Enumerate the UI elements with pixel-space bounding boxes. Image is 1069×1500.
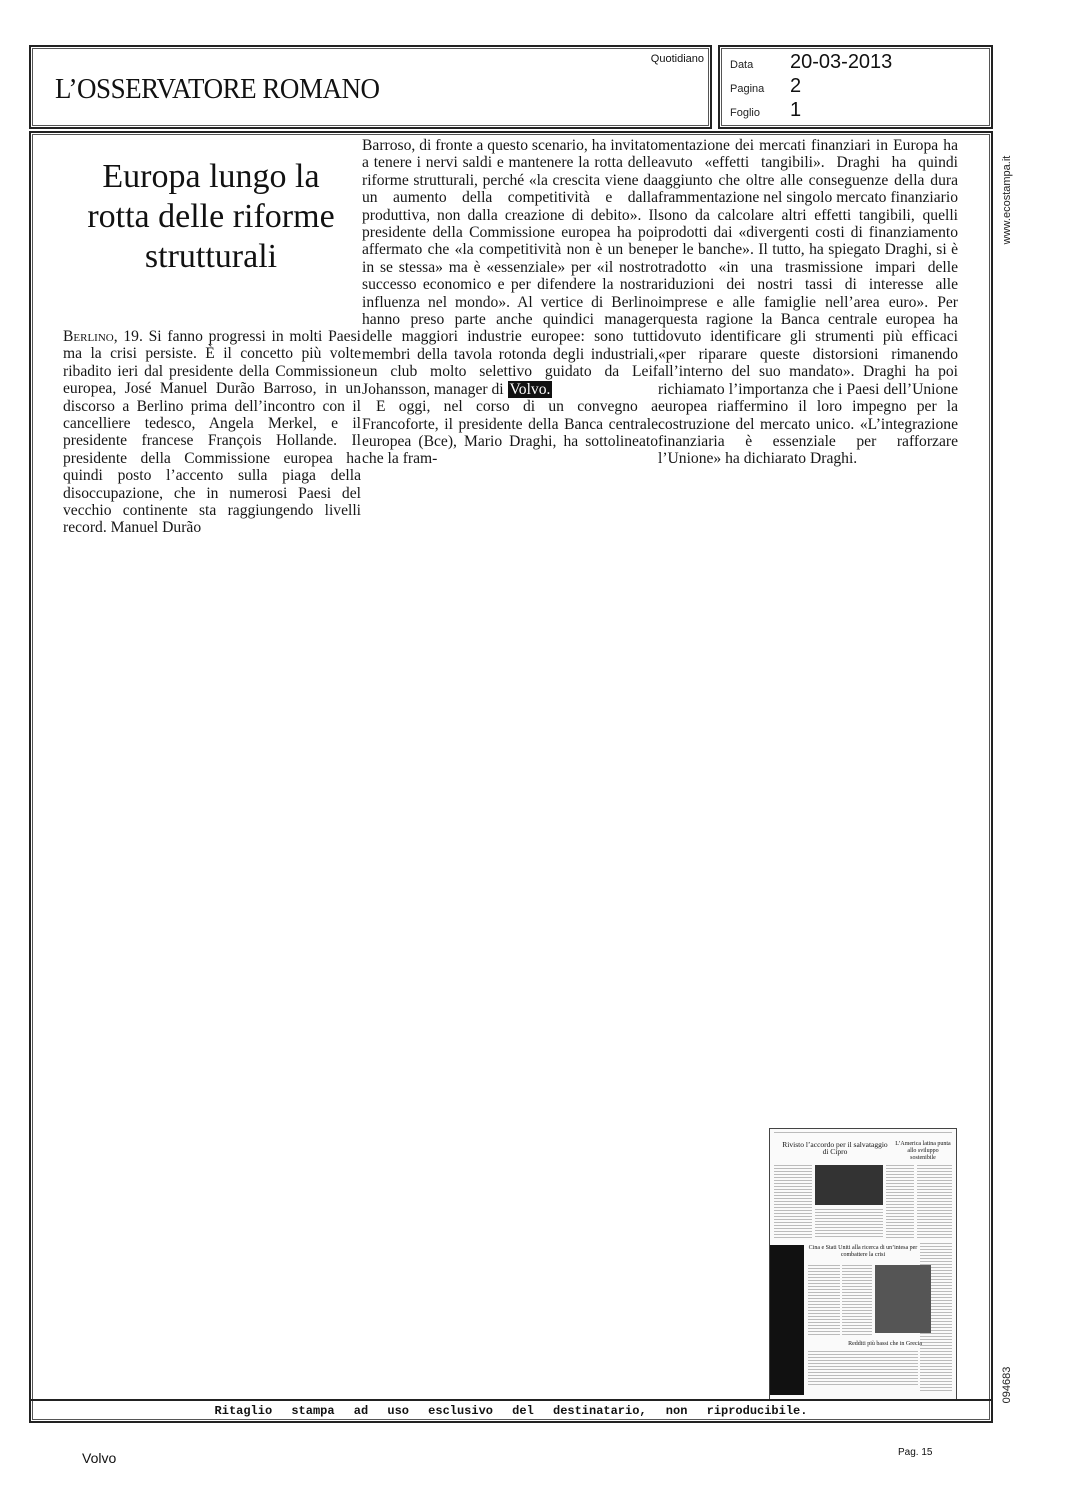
thumb-headline-3: Cina e Stati Uniti alla ricerca di un’in… (808, 1245, 918, 1259)
footer-keyword: Volvo (82, 1450, 116, 1466)
meta-page-row: Pagina 2 (730, 75, 801, 98)
meta-page-label: Pagina (730, 83, 790, 95)
article-column-3: mentazione dei mercati finanziari in Eur… (658, 137, 958, 468)
dateline: Berlino (63, 328, 114, 345)
column-3-text: mentazione dei mercati finanziari in Eur… (658, 137, 958, 468)
thumb-headline-4: Redditi più bassi che in Grecia (830, 1341, 940, 1348)
thumb-photo-1 (815, 1165, 883, 1205)
meta-box: Data 20-03-2013 Pagina 2 Foglio 1 (718, 45, 993, 129)
thumb-highlighted-article (770, 1245, 804, 1395)
column-1-text: Si fanno progressi in molti Paesi ma la … (63, 328, 361, 536)
masthead-box: L’OSSERVATORE ROMANO Quotidiano (29, 45, 712, 129)
article-headline: Europa lungo la rotta delle riforme stru… (71, 157, 351, 277)
source-url-text: www.ecostampa.it (1001, 156, 1013, 245)
source-url: www.ecostampa.it (995, 140, 1019, 260)
disclaimer-text: Ritaglio stampa ad uso esclusivo del des… (31, 1401, 991, 1421)
article-column-2: Barroso, di fronte a questo scenario, ha… (362, 137, 658, 468)
meta-sheet-value: 1 (790, 99, 801, 122)
meta-sheet-row: Foglio 1 (730, 99, 801, 122)
thumb-photo-2 (875, 1265, 931, 1333)
publication-title: L’OSSERVATORE ROMANO (55, 73, 379, 106)
dateline-date: , 19. (114, 328, 149, 345)
clipping-code: 094683 (995, 1360, 1019, 1410)
clipping-code-text: 094683 (1001, 1367, 1013, 1404)
thumb-headline-1: Rivisto l’accordo per il salvataggio di … (780, 1141, 890, 1155)
meta-date-label: Data (730, 59, 790, 71)
footer-page-number: Pag. 15 (898, 1447, 932, 1458)
highlighted-keyword: Volvo. (508, 381, 553, 398)
meta-date-value: 20-03-2013 (790, 51, 892, 74)
page-thumbnail: Rivisto l’accordo per il salvataggio di … (769, 1128, 957, 1400)
meta-date-row: Data 20-03-2013 (730, 51, 892, 74)
meta-sheet-label: Foglio (730, 107, 790, 119)
frequency-label: Quotidiano (651, 53, 704, 65)
article-column-1: Berlino, 19. Si fanno progressi in molti… (63, 328, 361, 537)
article-clipping: Europa lungo la rotta delle riforme stru… (29, 131, 993, 1423)
meta-page-value: 2 (790, 75, 801, 98)
thumb-headline-2: L’America latina punta allo sviluppo sos… (894, 1141, 952, 1162)
disclaimer-row: Ritaglio stampa ad uso esclusivo del des… (31, 1399, 991, 1421)
column-2-text-a: Barroso, di fronte a questo scenario, ha… (362, 137, 658, 398)
column-2-text-b: E oggi, nel corso di un convegno a Franc… (362, 398, 658, 468)
